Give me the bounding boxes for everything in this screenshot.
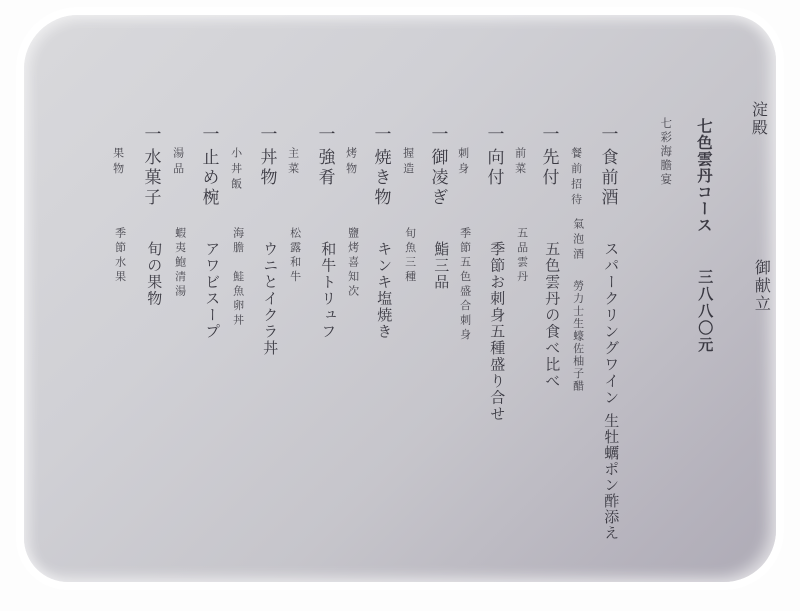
chinese-course-name: 餐前招待 [569,147,582,209]
chinese-dish-name: 海膽 鮭魚卵丼 [231,227,244,329]
course-header: 一先付 [539,125,559,188]
course-header: 一向付 [484,125,504,188]
dish-name: 季節お刺身五種盛り合せ [487,241,504,423]
course-header: 一止め椀 [199,125,219,208]
chinese-dish-name: 鹽烤喜知次 [346,227,359,300]
menu-title: 御献立 [751,259,769,313]
course-header: 一焼き物 [371,125,391,208]
dish-name: スパークリングワイン [601,241,618,406]
course-header: 一食前酒 [598,125,618,208]
chinese-dish-name: 季節五色盛合刺身 [458,227,471,343]
chinese-course-name: 握造 [401,147,414,178]
item-marker: 一 [540,125,559,145]
chinese-dish-name: 松露和牛 [288,227,301,285]
course-name: 御凌ぎ [429,148,448,208]
course-header: 一御凌ぎ [428,125,448,208]
item-marker: 一 [142,125,161,145]
chinese-dish-name: 蝦夷鮑清湯 [173,227,186,300]
dish-name: アワビスープ [202,241,219,340]
dish-name-extra: 生牡蠣ポン酢添え [601,413,618,541]
item-marker: 一 [429,125,448,145]
dish-name: ウニとイクラ丼 [260,241,277,357]
item-marker: 一 [200,125,219,145]
item-marker: 一 [316,125,335,145]
item-marker: 一 [485,125,504,145]
course-name: 焼き物 [372,148,391,208]
chinese-course-name: 果物 [111,147,124,178]
menu-paper: 淀殿 御献立 七色雲丹コース 三八八〇元 七彩海膽宴 一食前酒 スパークリングワ… [24,15,776,582]
chinese-course-name: 主菜 [286,147,299,178]
addressee: 淀殿 [748,101,766,137]
dish-name: 五色雲丹の食べ比べ [542,241,559,390]
course-name: 食前酒 [599,148,618,208]
course-name: 先付 [540,148,559,188]
course-name: 強肴 [316,148,335,188]
chinese-dish-name-extra: 勞力士生蠔佐柚子醋 [571,280,584,393]
chinese-course-name: 湯品 [171,147,184,178]
course-subtitle-chinese: 七彩海膽宴 [658,117,671,187]
chinese-dish-name: 五品雲丹 [515,227,528,285]
course-title: 七色雲丹コース [694,118,712,234]
course-name: 丼物 [258,148,277,188]
dish-name: 旬の果物 [144,241,161,307]
chinese-course-name: 小丼飯 [229,147,242,194]
menu-photo: 淀殿 御献立 七色雲丹コース 三八八〇元 七彩海膽宴 一食前酒 スパークリングワ… [0,0,800,611]
dish-name: 鮨三品 [431,241,448,291]
course-header: 一丼物 [257,125,277,188]
item-marker: 一 [258,125,277,145]
course-price: 三八八〇元 [695,269,712,354]
chinese-dish-name: 氣泡酒 [571,218,584,263]
chinese-course-name: 烤物 [344,147,357,178]
chinese-course-name: 前菜 [513,147,526,178]
course-name: 向付 [485,148,504,188]
dish-name: 和牛トリュフ [318,241,335,340]
item-marker: 一 [599,125,618,145]
item-marker: 一 [372,125,391,145]
course-header: 一強肴 [315,125,335,188]
course-name: 水菓子 [142,148,161,208]
chinese-dish-name: 旬魚三種 [403,227,416,285]
course-header: 一水菓子 [141,125,161,208]
chinese-dish-name: 季節水果 [113,227,126,285]
course-name: 止め椀 [200,148,219,208]
chinese-course-name: 刺身 [456,147,469,178]
dish-name: キンキ塩焼き [374,241,391,340]
